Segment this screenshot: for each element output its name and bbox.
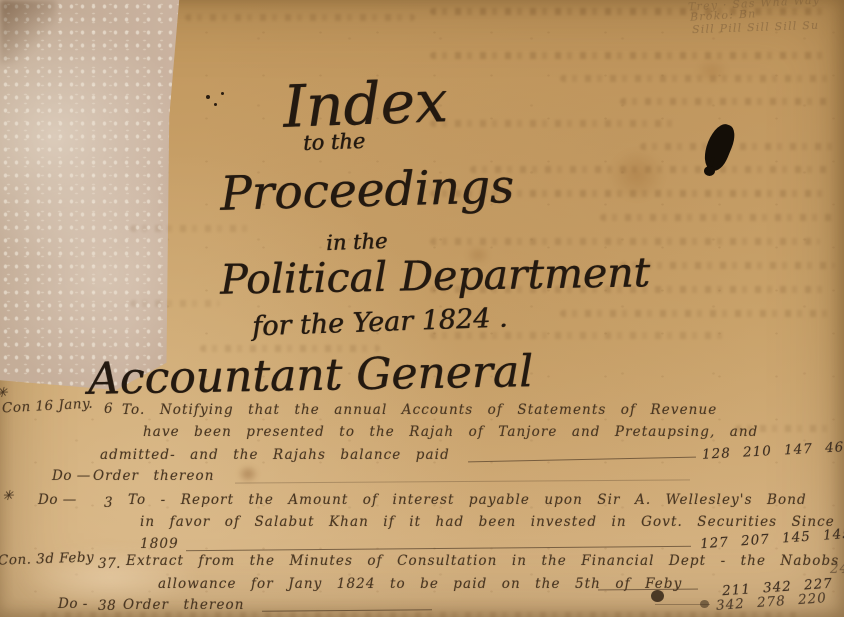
- entry-line: To. Notifying that the annual Accounts o…: [122, 402, 717, 418]
- entry-date: Do -: [58, 596, 88, 612]
- ink-blot: [704, 166, 715, 176]
- entry-number: 6: [104, 401, 113, 417]
- bleedthrough-line: [430, 238, 820, 245]
- corner-shading: [0, 0, 56, 64]
- fill-rule: [186, 546, 691, 551]
- page-refs: 128 210 147 46: [702, 439, 844, 462]
- stain: [600, 140, 674, 210]
- margin-mark: ✳: [0, 385, 8, 401]
- bleedthrough-line: [560, 75, 830, 82]
- fill-rule: [235, 479, 690, 483]
- title-in-the: in the: [326, 229, 388, 255]
- bleedthrough-line: [185, 14, 415, 21]
- ink-blot: [699, 120, 739, 173]
- bleedthrough-line: [470, 166, 830, 173]
- bleedthrough-line: [600, 214, 835, 221]
- ink-spatter: [221, 92, 224, 95]
- fill-rule: [468, 457, 696, 463]
- entry-line: Extract from the Minutes of Consultation…: [126, 553, 839, 569]
- entry-line: in favor of Salabut Khan if it had been …: [140, 514, 835, 530]
- ink-spatter: [214, 103, 217, 106]
- entry-line: Order thereon: [93, 468, 215, 484]
- entry-line: To - Report the Amount of interest payab…: [128, 492, 807, 508]
- fill-rule: [655, 604, 710, 605]
- title-proceedings: Proceedings: [219, 159, 514, 222]
- bleedthrough-line: [620, 98, 830, 105]
- title-index: Index: [282, 67, 449, 141]
- entry-date: Do —: [38, 492, 77, 508]
- entry-line: 1809: [140, 536, 179, 552]
- entry-line: have been presented to the Rajah of Tanj…: [143, 424, 758, 440]
- entry-number: 37.: [98, 556, 121, 572]
- bleedthrough-line: [560, 310, 835, 317]
- entry-number: 38: [98, 598, 116, 614]
- bleedthrough-line: [640, 143, 835, 150]
- entry-date: Con 16 Jany.: [2, 396, 94, 417]
- entry-number: 3: [104, 495, 113, 511]
- bleedthrough-line: [430, 52, 830, 59]
- fill-rule: [262, 609, 432, 611]
- ink-spatter: [206, 95, 210, 99]
- entry-line: admitted- and the Rajahs balance paid: [100, 447, 450, 463]
- edge-number: 24: [830, 561, 844, 577]
- entry-date: Do —: [52, 468, 91, 484]
- margin-mark: ✳: [2, 488, 14, 504]
- title-to-the: to the: [303, 129, 366, 155]
- manuscript-page: Trey · Sas Wha Way Broko: Bn Sill Pill S…: [0, 0, 844, 617]
- entry-date: Con. 3d Feby: [0, 549, 94, 568]
- bleedthrough-line: [620, 262, 835, 269]
- section-heading: Accountant General: [88, 346, 534, 405]
- entry-line: Order thereon: [123, 597, 245, 613]
- bleedthrough-line: [430, 120, 680, 127]
- title-year-line: for the Year 1824 .: [252, 303, 508, 343]
- stain: [690, 55, 734, 87]
- title-political-department: Political Department: [220, 248, 651, 303]
